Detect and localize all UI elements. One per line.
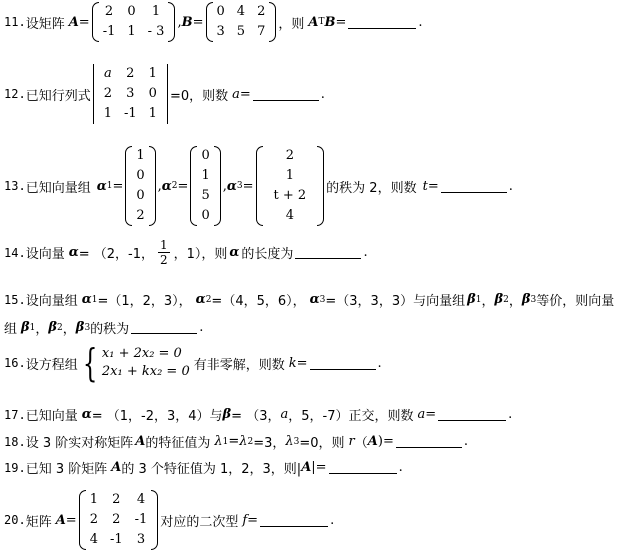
- answer-blank[interactable]: [329, 461, 397, 474]
- matrix-cell: 7: [251, 22, 271, 42]
- matrix-cell: 4: [231, 2, 251, 22]
- matrix-cell: 3: [118, 84, 143, 104]
- matrix-cell: 1: [84, 490, 104, 510]
- matrix-cell: 3: [129, 530, 154, 550]
- matrix-cell: 5: [195, 186, 215, 206]
- question-12: 12. 已知行列式 a212301-11 =0，则数 a= .: [4, 64, 325, 124]
- matrix-cell: 2: [268, 146, 313, 166]
- matrix-b: 042357: [206, 2, 277, 42]
- answer-blank[interactable]: [310, 357, 376, 370]
- matrix-cell: 2: [104, 510, 129, 530]
- question-20: 20. 矩阵 A= 12422-14-13 对应的二次型 f = .: [4, 490, 334, 550]
- matrix-cell: a: [98, 64, 118, 84]
- matrix-cell: -1: [104, 530, 129, 550]
- matrix-cell: 4: [129, 490, 154, 510]
- fraction: 12: [158, 238, 170, 267]
- matrix-cell: -1: [97, 22, 122, 42]
- matrix-cell: t + 2: [268, 186, 313, 206]
- matrix-cell: -1: [129, 510, 154, 530]
- matrix-cell: 0: [130, 166, 150, 186]
- question-19: 19. 已知 3 阶矩阵 A 的 3 个特征值为 1，2，3，则|A|= .: [4, 458, 403, 477]
- matrix-cell: 2: [97, 2, 122, 22]
- answer-blank[interactable]: [396, 435, 462, 448]
- matrix-cell: 0: [130, 186, 150, 206]
- answer-blank[interactable]: [441, 180, 507, 193]
- matrix-cell: 1: [130, 146, 150, 166]
- matrix-cell: 0: [195, 206, 215, 226]
- question-16: 16. 设方程组 { x₁ + 2x₂ = 02x₁ + kx₂ = 0 有非零…: [4, 344, 382, 382]
- matrix-cell: 1: [142, 2, 171, 22]
- matrix-cell: 0: [143, 84, 163, 104]
- answer-blank[interactable]: [438, 408, 506, 421]
- determinant: a212301-11: [93, 64, 168, 124]
- question-18: 18. 设 3 阶实对称矩阵 A 的特征值为 λ1= λ2=3， λ3=0，则 …: [4, 432, 468, 451]
- matrix-cell: 1: [195, 166, 215, 186]
- left-brace-icon: {: [83, 344, 98, 382]
- matrix-cell: 1: [143, 64, 163, 84]
- equation-system: { x₁ + 2x₂ = 02x₁ + kx₂ = 0: [78, 344, 190, 382]
- vector-alpha2: 0150: [190, 146, 220, 226]
- question-15-line-2: 组 β1， β2， β3的秩为 .: [4, 318, 203, 337]
- matrix-cell: 2: [130, 206, 150, 226]
- matrix-cell: 1: [121, 22, 141, 42]
- matrix-cell: 2: [98, 84, 118, 104]
- question-15-line-1: 15. 设向量组 α1=（1，2，3）， α2=（4，5，6）， α3=（3，3…: [4, 290, 614, 309]
- matrix-cell: 4: [268, 206, 313, 226]
- matrix-cell: 2: [104, 490, 129, 510]
- question-number: 11.: [4, 15, 26, 29]
- question-11: 11. 设矩阵 A= 201-11- 3, B = 042357 ，则 ATB=…: [4, 2, 423, 42]
- answer-blank[interactable]: [253, 88, 319, 101]
- vector-alpha3: 21t + 24: [256, 146, 325, 226]
- matrix-cell: 0: [211, 2, 231, 22]
- question-17: 17. 已知向量 α = （1，-2，3，4）与 β = （3， a，5，-7）…: [4, 405, 512, 424]
- answer-blank[interactable]: [131, 321, 197, 334]
- answer-blank[interactable]: [348, 16, 416, 29]
- matrix-cell: 1: [268, 166, 313, 186]
- matrix-cell: 5: [231, 22, 251, 42]
- matrix-cell: 2: [251, 2, 271, 22]
- vector-alpha1: 1002: [125, 146, 155, 226]
- matrix-cell: -1: [118, 104, 143, 124]
- matrix-cell: 1: [143, 104, 163, 124]
- matrix-cell: 3: [211, 22, 231, 42]
- matrix-cell: 1: [98, 104, 118, 124]
- matrix-cell: 2: [84, 510, 104, 530]
- question-13: 13. 已知向量组 α1 = 1002, α2 = 0150, α3 = 21t…: [4, 146, 513, 226]
- matrix-cell: 2: [118, 64, 143, 84]
- matrix-a: 201-11- 3: [92, 2, 176, 42]
- matrix-cell: 0: [195, 146, 215, 166]
- matrix-cell: - 3: [142, 22, 171, 42]
- matrix-cell: 4: [84, 530, 104, 550]
- answer-blank[interactable]: [295, 246, 361, 259]
- matrix-cell: 0: [121, 2, 141, 22]
- answer-blank[interactable]: [260, 514, 328, 527]
- question-14: 14. 设向量 α = （2，-1， 12 ，1），则 α 的长度为 .: [4, 238, 368, 267]
- matrix-a: 12422-14-13: [79, 490, 159, 550]
